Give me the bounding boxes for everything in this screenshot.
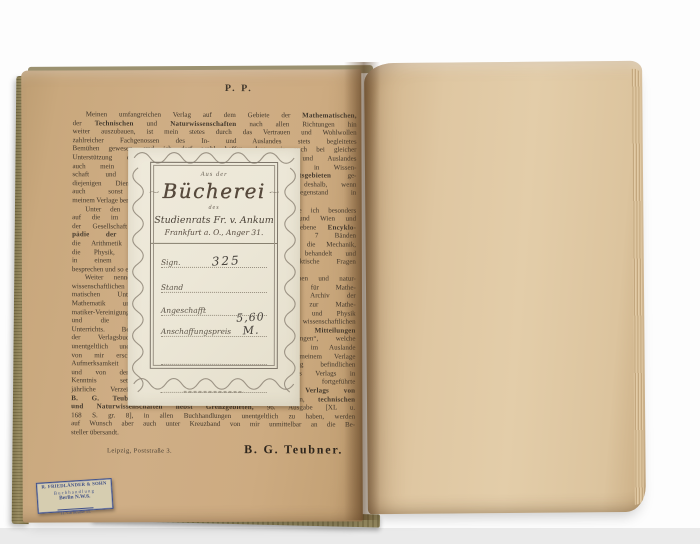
bookseller-street: 11. Carlstrasse 11. [57,507,94,515]
bookplate-field-sign: Sign.325 [161,256,267,268]
bookplate-fields: Sign.325StandAngeschafftAnschaffungsprei… [151,256,277,393]
flourish-icon: ~ [269,188,279,197]
flourish-icon: ~ [149,188,159,197]
owner-name: Studienrats Fr. v. Ankum [151,215,277,226]
page-fore-edge [631,69,644,505]
bookplate-inner-frame: Aus der ~Bücherei~ des Studienrats Fr. v… [150,162,278,369]
bookplate-title: Bücherei [156,179,271,203]
imprint-place: Leipzig, Poststraße 3. [107,447,172,454]
printer-imprint [184,391,244,393]
bookplate-des: des [151,205,277,211]
field-handwritten-value [187,291,267,295]
paragraph-line: steller übersandt. [71,428,355,438]
bookplate-aus-der: Aus der [151,171,277,178]
bookplate-field-anschaffungspreis: Anschaffungspreis5,60 M. [161,325,267,337]
photo-background: P. P. Meinen umfangreichen Verlag auf de… [0,0,700,544]
bookseller-label: R. FRIEDLÄNDER & SOHN Buchhandlung Berli… [36,478,114,514]
right-page-blank [364,61,646,514]
field-label: Anschaffungspreis [161,327,235,336]
field-label: Stand [161,283,187,292]
field-handwritten-value: 325 [184,252,267,270]
bookplate-title-row: ~Bücherei~ [151,179,277,203]
field-label: Angeschafft [161,306,210,315]
open-book: P. P. Meinen umfangreichen Verlag auf de… [0,0,700,544]
field-handwritten-value [161,362,267,367]
ex-libris-bookplate: Aus der ~Bücherei~ des Studienrats Fr. v… [128,148,300,406]
field-handwritten-value: 5,60 M. [235,310,268,338]
bookplate-blank-line [161,353,267,365]
publisher-signature: B. G. Teubner. [244,442,343,458]
field-label: Sign. [161,258,185,267]
left-page: P. P. Meinen umfangreichen Verlag auf de… [21,69,363,522]
bookplate-field-stand: Stand [161,281,267,293]
circular-footer: Leipzig, Poststraße 3. B. G. Teubner. [71,441,355,457]
bookplate-divider [151,243,277,244]
salutation: P. P. [73,82,357,94]
owner-address: Frankfurt a. O., Anger 31. [151,228,277,237]
